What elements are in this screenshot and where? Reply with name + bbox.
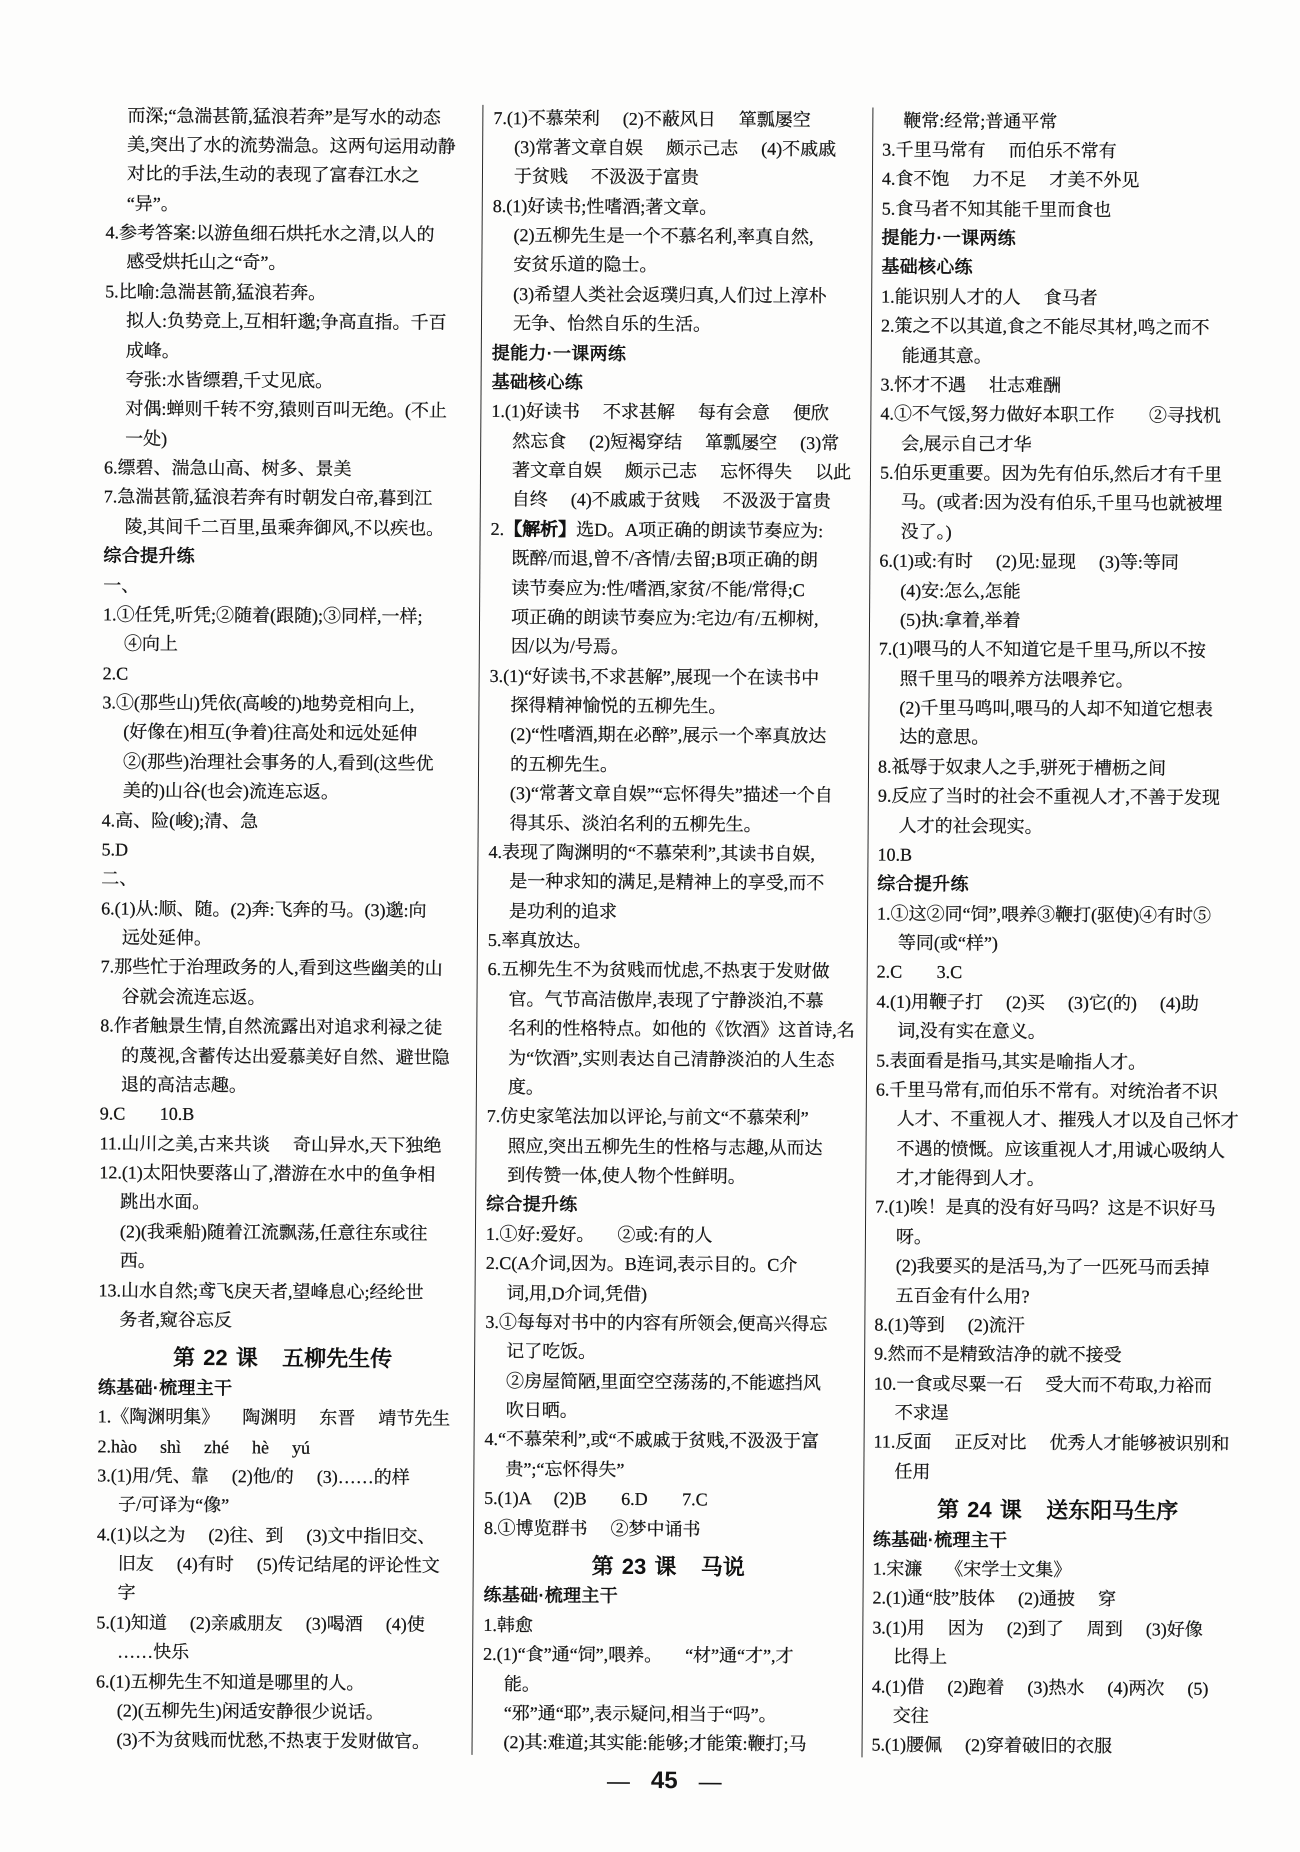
answer-item: 2.hào shì zhé hè yú [97,1432,466,1464]
answer-line-first: 8.(1)好读书;性嗜酒;著文章。 [493,192,862,224]
answer-line-first: 2.(1)通“肢”肢体 (2)通披 穿 [872,1584,1241,1616]
answer-line-continued: 对偶:蝉则千转不穷,猿则百叫无绝。(不止 [104,395,473,427]
answer-line-first: 5.比喻:急湍甚箭,猛浪若奔。 [105,277,474,309]
answer-line-continued: 西。 [99,1246,468,1278]
text-segment: 2. [491,519,505,539]
answer-line-continued: 会,展示自己才华 [880,429,1249,461]
answer-line-first: 9.反应了当时的社会不重视人才,不善于发现 [878,782,1247,814]
answer-line-first: 6.(1)从:顺、随。(2)奔:飞奔的马。(3)邈:向 [101,894,470,926]
answer-item: 8.祗辱于奴隶人之手,骈死于槽枥之间 [878,752,1247,784]
answer-line-continued: 能。 [483,1670,852,1702]
answer-line-first: 7.急湍甚箭,猛浪若奔有时朝发白帝,暮到江 [104,483,473,515]
answer-line-continued: (2)“性嗜酒,期在必醉”,展示一个率真放达 [489,720,858,752]
answer-item: 4.(1)借 (2)跑着 (3)热水 (4)两次 (5)交往 [872,1672,1241,1733]
answer-item: 6.(1)从:顺、随。(2)奔:飞奔的马。(3)邈:向远处延伸。 [101,894,470,955]
answer-item: 鞭常:经常;普通平常 [882,106,1251,138]
answer-line-first: 3.怀才不遇 壮志难酬 [880,370,1249,402]
answer-line-first: 1.韩愈 [483,1611,852,1643]
group-label: 二、 [101,865,470,897]
answer-item: 2.C(A介词,因为。B连词,表示目的。C介词,用,D介词,凭借) [485,1249,854,1310]
answer-item: 5.表面看是指马,其实是喻指人才。 [876,1046,1245,1078]
answer-line-continued: 项正确的朗读节奏应为:宅边/有/五柳树, [490,603,859,635]
answer-item: 8.①博览群书 ②梦中诵书 [484,1513,853,1545]
answer-line-first: 7.那些忙于治理政务的人,看到这些幽美的山 [101,953,470,985]
answer-item: 6.千里马常有,而伯乐不常有。对统治者不识人才、不重视人才、摧残人才以及自己怀才… [875,1075,1245,1195]
answer-item: 9.然而不是精致洁净的就不接受 [874,1340,1243,1372]
answer-item: 9.反应了当时的社会不重视人才,不善于发现人才的社会现实。 [878,782,1247,843]
answer-line-first: 2.(1)“食”通“饲”,喂养。 “材”通“才”,才 [483,1640,852,1672]
answer-line-continued: 对比的手法,生动的表现了富春江水之 [106,160,475,192]
answer-line-continued: 照千里马的喂养方法喂养它。 [879,664,1248,696]
answer-line-continued: 任用 [873,1457,1242,1489]
answer-item: 2.C 3.C [877,958,1246,990]
column-divider [861,107,873,1757]
answer-line-continued: (好像在)相互(争着)往高处和远处延伸 [102,718,471,750]
answer-line-continued: (3)不为贫贱而忧愁,不热衷于发财做官。 [95,1726,464,1758]
answer-line-first: 2.hào shì zhé hè yú [97,1432,466,1464]
answer-line-continued: 吹日晒。 [485,1396,854,1428]
answer-line-continued: (4)安:怎么,怎能 [879,576,1248,608]
answer-line-first: 5.食马者不知其能千里而食也 [882,194,1251,226]
footer-dash-right: — [699,1765,722,1797]
answer-item: 8.(1)等到 (2)流汗 [874,1310,1243,1342]
answer-item: 1.《陶渊明集》 陶渊明 东晋 靖节先生 [98,1403,467,1435]
answer-line-continued: 旧友 (4)有时 (5)传记结尾的评论性文 [97,1549,466,1581]
answer-line-first: 4.高、险(峻);清、急 [102,806,471,838]
answer-line-continued: 读节奏应为:性/嗜酒,家贫/不能/常得;C [490,573,859,605]
answer-line-continued: (2)其:难道;其实能:能够;才能策:鞭打;马 [482,1728,851,1760]
text-segment: 选D。A项正确的朗读节奏应为: [576,519,823,541]
answer-line-continued: 安贫乐道的隐士。 [492,250,861,282]
answer-line-continued: 贵”;“忘怀得失” [484,1455,853,1487]
answer-line-continued: 因/以为/号焉。 [490,632,859,664]
answer-item: 5.食马者不知其能千里而食也 [882,194,1251,226]
answer-line-first: 6.千里马常有,而伯乐不常有。对统治者不识 [876,1075,1245,1107]
answer-line-continued: (2)我要买的是活马,为了一匹死马而丢掉 [875,1252,1244,1284]
section-heading: 综合提升练 [877,870,1246,902]
answer-line-continued: 夸张:水皆缥碧,千丈见底。 [105,365,474,397]
answer-line-continued: 交往 [872,1701,1241,1733]
answer-item: 7.(1)喂马的人不知道它是千里马,所以不按照千里马的喂养方法喂养它。(2)千里… [878,635,1248,755]
answer-item: 而深;“急湍甚箭,猛浪若奔”是写水的动态美,突出了水的流势湍急。这两句运用动静对… [106,101,476,221]
answer-line-continued: 子/可译为“像” [97,1491,466,1523]
answer-line-continued: 为“饮酒”,实则表达自己清静淡泊的人生态 [487,1043,856,1075]
answer-item: 1.宋濂 《宋学士文集》 [873,1555,1242,1587]
answer-line-continued: (5)执:拿着,举着 [879,605,1248,637]
answer-item: 2.【解析】选D。A项正确的朗读节奏应为:既醉/而退,曾不/吝情/去留;B项正确… [490,515,860,664]
answer-line-first: 8.(1)等到 (2)流汗 [874,1310,1243,1342]
answer-item: 6.五柳先生不为贫贱而忧虑,不热衷于发财做官。气节高洁傲岸,表现了宁静淡泊,不慕… [487,955,857,1104]
answer-line-continued: 能通其意。 [881,341,1250,373]
answer-line-continued: “异”。 [106,189,475,221]
answer-line-continued: 陵,其间千二百里,虽乘奔御风,不以疾也。 [104,512,473,544]
answer-line-continued: 自终 (4)不戚戚于贫贱 不汲汲于富贵 [491,485,860,517]
footer-dash-left: — [607,1765,630,1797]
answer-line-continued: (2)(五柳先生)闲适安静很少说话。 [96,1696,465,1728]
answer-item: 13.山水自然;鸢飞戾天者,望峰息心;经纶世务者,窥谷忘反 [98,1276,467,1337]
answer-line-first: 2.C [103,659,472,691]
answer-line-first: 5.表面看是指马,其实是喻指人才。 [876,1046,1245,1078]
answer-line-first: 8.作者触景生情,自然流露出对追求利禄之徒 [100,1011,469,1043]
answer-line-continued: “邪”通“耶”,表示疑问,相当于“吗”。 [483,1699,852,1731]
answer-item: 2.(1)通“肢”肢体 (2)通披 穿 [872,1584,1241,1616]
answer-line-continued: 著文章自娱 颇示己志 忘怀得失 以此 [491,456,860,488]
answer-line-first: 10.B [877,840,1246,872]
answer-item: 4.(1)用鞭子打 (2)买 (3)它(的) (4)助词,没有实在意义。 [876,987,1245,1048]
answer-line-first: 3.①每每对书中的内容有所领会,便高兴得忘 [485,1308,854,1340]
section-heading: 练基础·梳理主干 [873,1525,1242,1557]
answer-item: 5.(1)腰佩 (2)穿着破旧的衣服 [871,1731,1240,1763]
answer-line-continued: 然忘食 (2)短褐穿结 箪瓢屡空 (3)常 [491,427,860,459]
answer-line-first: 2.策之不以其道,食之不能尽其材,鸣之而不 [881,312,1250,344]
answer-line-continued: ②(那些)治理社会事务的人,看到(这些优 [102,747,471,779]
answer-item: 5.伯乐更重要。因为先有伯乐,然后才有千里马。(或者:因为没有伯乐,千里马也就被… [880,459,1250,550]
answer-line-first: 4.食不饱 力不足 才美不外见 [882,165,1251,197]
answer-item: 9.C 10.B [100,1100,469,1132]
answer-line-first: 1.(1)好读书 不求甚解 每有会意 便欣 [491,397,860,429]
section-heading: 练基础·梳理主干 [483,1581,852,1613]
answer-line-first: 5.伯乐更重要。因为先有伯乐,然后才有千里 [880,459,1249,491]
answer-item: 10.B [877,840,1246,872]
answer-item: 11.山川之美,古来共谈 奇山异水,天下独绝 [99,1129,468,1161]
answer-line-first: 8.祗辱于奴隶人之手,骈死于槽枥之间 [878,752,1247,784]
answer-item: 3.(1)用/凭、靠 (2)他/的 (3)……的样子/可译为“像” [97,1461,466,1522]
answer-line-continued: 既醉/而退,曾不/吝情/去留;B项正确的朗 [490,544,859,576]
answer-line-first: 3.(1)用/凭、靠 (2)他/的 (3)……的样 [97,1461,466,1493]
answer-line-first: 9.然而不是精致洁净的就不接受 [874,1340,1243,1372]
answer-line-continued: ②房屋简陋,里面空空荡荡的,不能遮挡风 [485,1367,854,1399]
answer-line-continued: (2)五柳先生是一个不慕名利,率真自然, [492,221,861,253]
section-heading: 练基础·梳理主干 [98,1373,467,1405]
answer-line-continued: 记了吃饭。 [485,1337,854,1369]
answer-item: 3.怀才不遇 壮志难酬 [880,370,1249,402]
lesson-title: 第 24 课 送东阳马生序 [873,1487,1242,1528]
answer-line-continued: 退的高洁志趣。 [100,1070,469,1102]
answer-line-first: 2.【解析】选D。A项正确的朗读节奏应为: [491,515,860,547]
section-heading: 提能力·一课两练 [492,338,861,370]
answer-column-middle: 7.(1)不慕荣利 (2)不蔽风日 箪瓢屡空(3)常著文章自娱 颇示己志 (4)… [482,103,862,1760]
answer-line-first: 13.山水自然;鸢飞戾天者,望峰息心;经纶世 [98,1276,467,1308]
answer-line-continued: 五百金有什么用? [874,1281,1243,1313]
section-heading: 基础核心练 [881,253,1250,285]
answer-line-first: 4.表现了陶渊明的“不慕荣利”,其读书自娱, [488,838,857,870]
answer-line-first: 7.(1)喂马的人不知道它是千里马,所以不按 [879,635,1248,667]
answer-line-continued: 人才的社会现实。 [878,811,1247,843]
answer-line-first: 5.(1)腰佩 (2)穿着破旧的衣服 [871,1731,1240,1763]
answer-line-first: 10.一食或尽粟一石 受大而不苟取,力裕而 [874,1369,1243,1401]
answer-item: 4.食不饱 力不足 才美不外见 [882,165,1251,197]
answer-item: 1.①这②同“饲”,喂养③鞭打(驱使)④有时⑤等同(或“样”) [877,899,1246,960]
answer-line-continued: 等同(或“样”) [877,929,1246,961]
answer-line-first: 4.参考答案:以游鱼细石烘托水之清,以人的 [105,218,474,250]
answer-line-continued: 的蔑视,含蓄传达出爱慕美好自然、避世隐 [100,1041,469,1073]
answer-line-first: 11.反面 正反对比 优秀人才能够被识别和 [873,1428,1242,1460]
answer-item: 4.参考答案:以游鱼细石烘托水之清,以人的感受烘托山之“奇”。 [105,218,474,279]
page-number: 45 [651,1765,678,1797]
answer-item: 7.仿史家笔法加以评论,与前文“不慕荣利”照应,突出五柳先生的性格与志趣,从而达… [486,1102,856,1193]
answer-line-continued: (3)常著文章自娱 颇示己志 (4)不戚戚 [493,133,862,165]
answer-item: 4.高、险(峻);清、急 [102,806,471,838]
answer-line-continued: 不求逞 [874,1398,1243,1430]
answer-line-first: 3.(1)“好读书,不求甚解”,展现一个在读书中 [490,662,859,694]
answer-line-continued: 马。(或者:因为没有伯乐,千里马也就被埋 [880,488,1249,520]
answer-item: 5.(1)A (2)B 6.D 7.C [484,1484,853,1516]
answer-item: 1.(1)好读书 不求甚解 每有会意 便欣然忘食 (2)短褐穿结 箪瓢屡空 (3… [491,397,861,517]
answer-item: 3.(1)用 因为 (2)到了 周到 (3)好像比得上 [872,1613,1241,1674]
answer-line-first: 3.(1)用 因为 (2)到了 周到 (3)好像 [872,1613,1241,1645]
answer-line-first: 4.①不气馁,努力做好本职工作 ②寻找机 [880,400,1249,432]
answer-line-first: 1.《陶渊明集》 陶渊明 东晋 靖节先生 [98,1403,467,1435]
answer-item: 3.千里马常有 而伯乐不常有 [882,135,1251,167]
lesson-title: 第 23 课 马说 [484,1543,853,1584]
answer-line-continued: 感受烘托山之“奇”。 [105,248,474,280]
answer-item: 1.能识别人才的人 食马者 [881,282,1250,314]
answer-item: 5.(1)知道 (2)亲戚朋友 (3)喝酒 (4)使……快乐 [96,1608,465,1669]
answer-item: 3.①每每对书中的内容有所领会,便高兴得忘记了吃饭。②房屋简陋,里面空空荡荡的,… [485,1308,855,1428]
answer-line-continued: (3)希望人类社会返璞归真,人们过上淳朴 [492,280,861,312]
section-heading: 综合提升练 [486,1190,855,1222]
answer-line-continued: 是功利的追求 [488,897,857,929]
answer-line-continued: 词,用,D介词,凭借) [485,1278,854,1310]
section-heading: 综合提升练 [103,541,472,573]
answer-line-continued: 一处) [104,424,473,456]
answer-item: 3.①(那些山)凭依(高峻的)地势竞相向上,(好像在)相互(争着)往高处和远处延… [102,688,472,808]
answer-line-first: 11.山川之美,古来共谈 奇山异水,天下独绝 [99,1129,468,1161]
section-heading: 提能力·一课两练 [881,224,1250,256]
answer-line-first: 3.千里马常有 而伯乐不常有 [882,135,1251,167]
answer-line-continued: 比得上 [872,1643,1241,1675]
answer-line-first: 7.(1)不慕荣利 (2)不蔽风日 箪瓢屡空 [493,103,862,135]
answer-item: 4.(1)以之为 (2)往、到 (3)文中指旧交、旧友 (4)有时 (5)传记结… [96,1520,466,1611]
answer-line-continued: 得其乐、淡泊名利的五柳先生。 [489,808,858,840]
answer-item: 7.那些忙于治理政务的人,看到这些幽美的山谷就会流连忘返。 [100,953,469,1014]
answer-item: 7.(1)唉！是真的没有好马吗？这是不识好马呀。(2)我要买的是活马,为了一匹死… [874,1193,1244,1313]
answer-column-right: 鞭常:经常;普通平常3.千里马常有 而伯乐不常有4.食不饱 力不足 才美不外见5… [871,106,1251,1763]
answer-item: 2.(1)“食”通“饲”,喂养。 “材”通“才”,才能。“邪”通“耶”,表示疑问… [482,1640,852,1760]
answer-line-first: 2.C 3.C [877,958,1246,990]
answer-item: 7.(1)不慕荣利 (2)不蔽风日 箪瓢屡空(3)常著文章自娱 颇示己志 (4)… [493,103,863,194]
answer-line-continued: (3)“常著文章自娱”“忘怀得失”描述一个自 [489,779,858,811]
answer-column-left: 而深;“急湍甚箭,猛浪若奔”是写水的动态美,突出了水的流势湍急。这两句运用动静对… [95,101,475,1758]
answer-line-continued: 美,突出了水的流势湍急。这两句运用动静 [106,130,475,162]
answer-line-first: 9.C 10.B [100,1100,469,1132]
section-heading: 基础核心练 [492,368,861,400]
answer-item: 7.急湍甚箭,猛浪若奔有时朝发白帝,暮到江陵,其间千二百里,虽乘奔御风,不以疾也… [104,483,473,544]
answer-line-continued: (2)千里马鸣叫,喂马的人却不知道它想表 [878,694,1247,726]
answer-item: 6.缥碧、湍急山高、树多、景美 [104,453,473,485]
answer-line-continued: ④向上 [103,630,472,662]
answer-line-first: 6.(1)五柳先生不知道是哪里的人。 [96,1667,465,1699]
answer-line-first: 4.(1)用鞭子打 (2)买 (3)它(的) (4)助 [876,987,1245,1019]
answer-item: 4.“不慕荣利”,或“不戚戚于贫贱,不汲汲于富贵”;“忘怀得失” [484,1425,853,1486]
answer-line-continued: 不遇的愤慨。应该重视人才,用诚心吸纳人 [875,1134,1244,1166]
answer-line-continued: 到传赞一体,使人物个性鲜明。 [486,1161,855,1193]
answer-item: 10.一食或尽粟一石 受大而不苟取,力裕而不求逞 [874,1369,1243,1430]
answer-line-first: 8.①博览群书 ②梦中诵书 [484,1513,853,1545]
answer-line-continued: 度。 [487,1073,856,1105]
answer-line-continued: 远处延伸。 [101,923,470,955]
answer-item: 5.比喻:急湍甚箭,猛浪若奔。拟人:负势竞上,互相轩邈;争高直指。千百成峰。夸张… [104,277,474,456]
answer-item: 11.反面 正反对比 优秀人才能够被识别和任用 [873,1428,1242,1489]
answer-line-continued: 字 [96,1579,465,1611]
group-label: 一、 [103,571,472,603]
answer-line-continued: 照应,突出五柳先生的性格与志趣,从而达 [486,1132,855,1164]
answer-line-first: 5.D [101,835,470,867]
answer-line-continued: 词,没有实在意义。 [876,1017,1245,1049]
answer-item: 5.率真放达。 [488,926,857,958]
answer-line-continued: 美的)山谷(也会)流连忘返。 [102,776,471,808]
answer-line-first: 5.(1)知道 (2)亲戚朋友 (3)喝酒 (4)使 [96,1608,465,1640]
answer-item: 8.(1)好读书;性嗜酒;著文章。(2)五柳先生是一个不慕名利,率真自然,安贫乐… [492,192,862,341]
answer-line-first: 1.①这②同“饲”,喂养③鞭打(驱使)④有时⑤ [877,899,1246,931]
answer-line-continued: 成峰。 [105,336,474,368]
answer-line-first: 6.(1)或:有时 (2)见:显现 (3)等:等同 [879,547,1248,579]
answer-line-first: 6.五柳先生不为贫贱而忧虑,不热衷于发财做 [488,955,857,987]
answer-item: 6.(1)五柳先生不知道是哪里的人。(2)(五柳先生)闲适安静很少说话。(3)不… [95,1667,465,1758]
answer-line-continued: 的五柳先生。 [489,750,858,782]
answer-line-first: 1.①任凭,听凭;②随着(跟随);③同样,一样; [103,600,472,632]
answer-line-continued: 没了。) [880,517,1249,549]
answer-item: 12.(1)太阳快要落山了,潜游在水中的鱼争相跳出水面。(2)(我乘船)随着江流… [99,1158,469,1278]
answer-line-first: 1.①好:爱好。 ②或:有的人 [486,1220,855,1252]
answer-line-continued: 是一种求知的满足,是精神上的享受,而不 [488,867,857,899]
answer-key-page: 而深;“急湍甚箭,猛浪若奔”是写水的动态美,突出了水的流势湍急。这两句运用动静对… [0,0,1300,1852]
answer-line-first: 3.①(那些山)凭依(高峻的)地势竞相向上, [102,688,471,720]
answer-line-continued: 鞭常:经常;普通平常 [882,106,1251,138]
answer-item: 2.C [103,659,472,691]
answer-line-first: 4.“不慕荣利”,或“不戚戚于贫贱,不汲汲于富 [484,1425,853,1457]
answer-line-first: 1.能识别人才的人 食马者 [881,282,1250,314]
answer-line-first: 7.(1)唉！是真的没有好马吗？这是不识好马 [875,1193,1244,1225]
answer-line-first: 7.仿史家笔法加以评论,与前文“不慕荣利” [487,1102,856,1134]
answer-line-first: 5.率真放达。 [488,926,857,958]
answer-item: 8.作者触景生情,自然流露出对追求利禄之徒的蔑视,含蓄传达出爱慕美好自然、避世隐… [100,1011,470,1102]
answer-line-continued: 拟人:负势竞上,互相轩邈;争高直指。千百 [105,306,474,338]
answer-line-continued: 才,才能得到人才。 [875,1164,1244,1196]
answer-line-continued: 谷就会流连忘返。 [100,982,469,1014]
answer-line-first: 4.(1)借 (2)跑着 (3)热水 (4)两次 (5) [872,1672,1241,1704]
answer-line-continued: 务者,窥谷忘反 [98,1305,467,1337]
answer-item: 2.策之不以其道,食之不能尽其材,鸣之而不能通其意。 [881,312,1250,373]
answer-line-first: 6.缥碧、湍急山高、树多、景美 [104,453,473,485]
answer-item: 6.(1)或:有时 (2)见:显现 (3)等:等同(4)安:怎么,怎能(5)执:… [879,547,1249,638]
answer-line-continued: ……快乐 [96,1638,465,1670]
answer-line-continued: 无争、怡然自乐的生活。 [492,309,861,341]
answer-line-continued: 而深;“急湍甚箭,猛浪若奔”是写水的动态 [106,101,475,133]
answer-line-first: 1.宋濂 《宋学士文集》 [873,1555,1242,1587]
answer-line-continued: 官。气节高洁傲岸,表现了宁静淡泊,不慕 [487,985,856,1017]
page-footer: — 45 — [594,1765,734,1798]
answer-line-first: 5.(1)A (2)B 6.D 7.C [484,1484,853,1516]
lesson-title: 第 22 课 五柳先生传 [98,1335,467,1376]
answer-line-continued: 名利的性格特点。如他的《饮酒》这首诗,名 [487,1014,856,1046]
answer-item: 5.D [101,835,470,867]
answer-line-continued: 跳出水面。 [99,1188,468,1220]
answer-line-first: 2.C(A介词,因为。B连词,表示目的。C介 [486,1249,855,1281]
answer-item: 1.①任凭,听凭;②随着(跟随);③同样,一样;④向上 [103,600,472,661]
answer-line-continued: 达的意思。 [878,723,1247,755]
bold-label: 【解析】 [504,519,576,539]
answer-item: 4.表现了陶渊明的“不慕荣利”,其读书自娱,是一种求知的满足,是精神上的享受,而… [488,838,858,929]
answer-item: 4.①不气馁,努力做好本职工作 ②寻找机会,展示自己才华 [880,400,1249,461]
answer-line-continued: 人才、不重视人才、摧残人才以及自己怀才 [876,1105,1245,1137]
answer-line-continued: 呀。 [875,1222,1244,1254]
answer-line-continued: 于贫贱 不汲汲于富贵 [493,162,862,194]
answer-line-continued: (2)(我乘船)随着江流飘荡,任意往东或往 [99,1217,468,1249]
answer-item: 1.①好:爱好。 ②或:有的人 [486,1220,855,1252]
answer-line-first: 12.(1)太阳快要落山了,潜游在水中的鱼争相 [99,1158,468,1190]
answer-item: 1.韩愈 [483,1611,852,1643]
answer-item: 3.(1)“好读书,不求甚解”,展现一个在读书中探得精神愉悦的五柳先生。(2)“… [489,662,859,841]
answer-line-continued: 探得精神愉悦的五柳先生。 [489,691,858,723]
answer-line-first: 4.(1)以之为 (2)往、到 (3)文中指旧交、 [97,1520,466,1552]
